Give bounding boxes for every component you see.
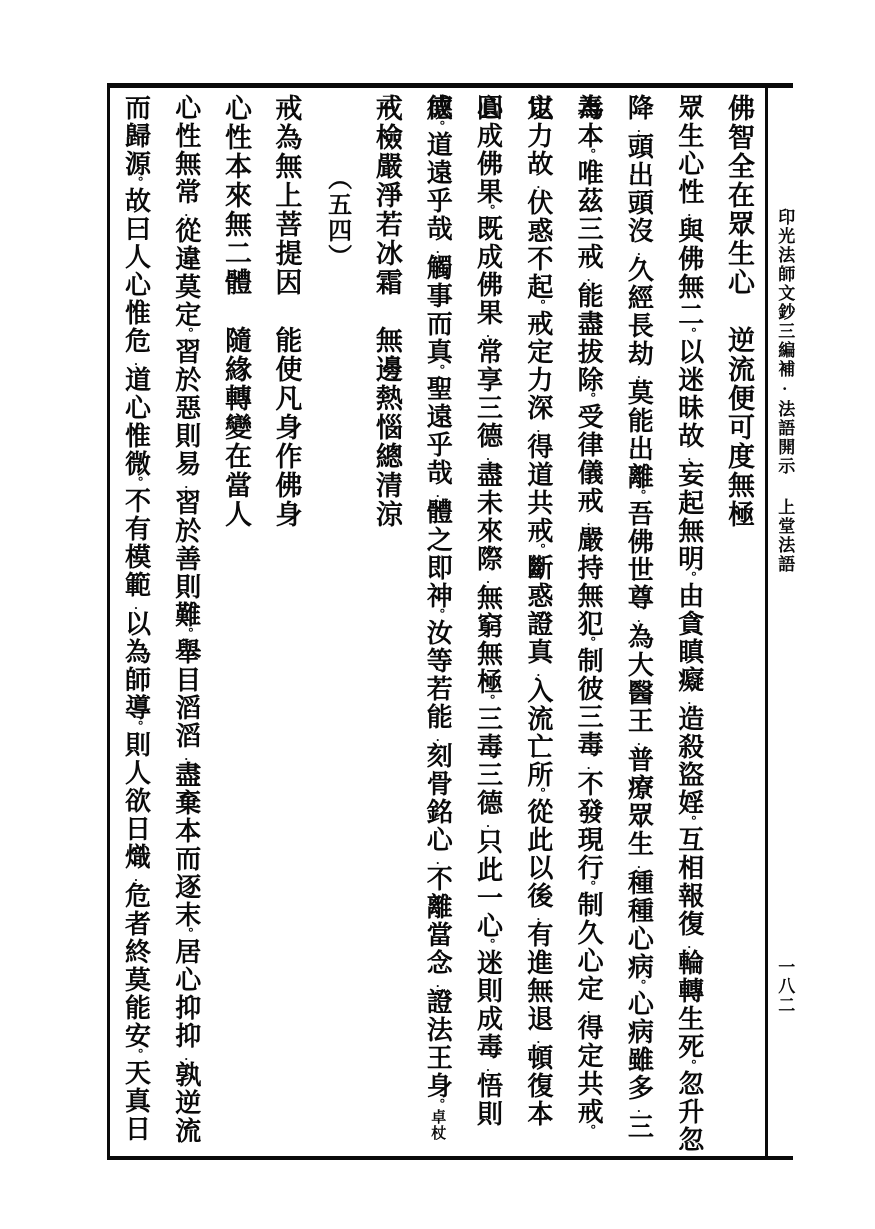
punctuation-mark: 。 xyxy=(531,787,546,800)
punctuation-mark: . xyxy=(531,664,546,679)
text-column-9: （五四） xyxy=(311,94,361,1226)
text-column-10: 戒為無上菩提因 能使凡身作佛身 xyxy=(261,94,311,1154)
scanned-book-page: 佛智全在眾生心 逆流便可度無極眾生心性.與佛無二。以迷昧故.妄起無明。由貪瞋癡.… xyxy=(0,0,875,1229)
punctuation-mark: 。 xyxy=(128,176,143,189)
text-column-12: 心性無常.從違莫定。習於惡則易.習於善則難。舉目滔滔.盡棄本而逐末。居心抑抑.孰… xyxy=(160,94,210,1154)
text-column-3: 降.頭出頭沒.久經長劫.莫能出離。吾佛世尊.為大醫王.普療眾生.種種心病。心病雖… xyxy=(613,94,663,1154)
text-column-8: 戒檢嚴淨若冰霜 無邊熱惱總清涼 xyxy=(362,94,412,1154)
punctuation-mark: 。 xyxy=(128,720,143,733)
punctuation-mark: . xyxy=(430,729,445,744)
text-column-2: 眾生心性.與佛無二。以迷昧故.妄起無明。由貪瞋癡.造殺盜婬。互相報復.輪轉生死。… xyxy=(663,94,713,1154)
section-heading: 上堂法語 xyxy=(771,498,798,574)
punctuation-mark: 。 xyxy=(682,815,697,828)
punctuation-mark: . xyxy=(179,748,194,763)
punctuation-mark: 。 xyxy=(531,543,546,556)
punctuation-mark: 。 xyxy=(179,927,194,940)
punctuation-mark: . xyxy=(531,908,546,923)
punctuation-mark: . xyxy=(430,852,445,867)
punctuation-mark: . xyxy=(631,366,646,381)
frame-margin-divider-rule xyxy=(765,83,768,1160)
punctuation-mark: . xyxy=(531,176,546,191)
punctuation-mark: 。 xyxy=(581,392,596,405)
punctuation-mark: 。 xyxy=(179,627,194,640)
text-column-6: 圓成佛果。既成佛果.常享三德.盡未來際.無窮無極。三毒三德.只此一心。迷則成毒.… xyxy=(462,94,512,1154)
punctuation-mark: . xyxy=(179,204,194,219)
punctuation-mark: . xyxy=(631,243,646,258)
punctuation-mark: 。 xyxy=(581,880,596,893)
punctuation-mark: . xyxy=(581,1001,596,1016)
punctuation-mark: 。 xyxy=(682,327,697,340)
text-column-13: 而歸源。故曰人心惟危.道心惟微。不有模範.以為師導。則人欲日熾.危者終莫能安。天… xyxy=(110,94,160,1154)
punctuation-mark: . xyxy=(179,476,194,491)
punctuation-mark: . xyxy=(531,1031,546,1046)
punctuation-mark: . xyxy=(481,815,496,830)
punctuation-mark: . xyxy=(631,856,646,871)
punctuation-mark: 。 xyxy=(581,148,596,161)
punctuation-mark: 。 xyxy=(631,489,646,502)
punctuation-mark: . xyxy=(682,204,697,219)
punctuation-mark: 。 xyxy=(481,204,496,217)
punctuation-mark: . xyxy=(581,269,596,284)
punctuation-mark: . xyxy=(631,1100,646,1115)
punctuation-mark: . xyxy=(128,353,143,368)
text-column-4: 為本。唯茲三戒.能盡拔除。受律儀戒.嚴持無犯。制彼三毒.不發現行。制久心定.得定… xyxy=(563,94,613,1154)
punctuation-mark: 。 xyxy=(581,1124,596,1137)
punctuation-mark: . xyxy=(631,120,646,135)
punctuation-mark: . xyxy=(481,571,496,586)
punctuation-mark: 。 xyxy=(682,571,697,584)
punctuation-mark: 。 xyxy=(481,694,496,707)
text-column-1: 佛智全在眾生心 逆流便可度無極 xyxy=(714,94,764,1154)
punctuation-mark: 。 xyxy=(430,364,445,377)
punctuation-mark: . xyxy=(682,692,697,707)
punctuation-mark: . xyxy=(631,733,646,748)
punctuation-mark: . xyxy=(430,975,445,990)
punctuation-mark: 。 xyxy=(481,938,496,951)
punctuation-mark: . xyxy=(179,1048,194,1063)
running-title: 印光法師文鈔三編補·法語開示 xyxy=(771,208,798,476)
page-number: 一八二 xyxy=(771,958,798,1015)
punctuation-mark: 。 xyxy=(581,636,596,649)
punctuation-mark: . xyxy=(128,597,143,612)
text-column-11: 心性本來無二體 隨緣轉變在當人 xyxy=(211,94,261,1154)
punctuation-mark: . xyxy=(682,936,697,951)
text-column-7: 德。道遠乎哉.觸事而真。聖遠乎哉.體之即神。汝等若能.刻骨銘心.不離當念.證法王… xyxy=(412,94,462,1154)
punctuation-mark: 。 xyxy=(179,327,194,340)
punctuation-mark: . xyxy=(430,485,445,500)
punctuation-mark: . xyxy=(430,241,445,256)
punctuation-mark: 。 xyxy=(128,476,143,489)
punctuation-mark: 。 xyxy=(128,1048,143,1061)
text-columns: 佛智全在眾生心 逆流便可度無極眾生心性.與佛無二。以迷昧故.妄起無明。由貪瞋癡.… xyxy=(110,94,764,1154)
punctuation-mark: 。 xyxy=(631,979,646,992)
punctuation-mark: 。 xyxy=(430,608,445,621)
punctuation-mark: . xyxy=(682,448,697,463)
punctuation-mark: . xyxy=(531,420,546,435)
punctuation-mark: . xyxy=(481,448,496,463)
punctuation-mark: . xyxy=(481,1059,496,1074)
punctuation-mark: 。 xyxy=(682,1059,697,1072)
frame-bottom-rule xyxy=(107,1156,793,1160)
punctuation-mark: . xyxy=(481,325,496,340)
punctuation-mark: . xyxy=(631,610,646,625)
frame-top-rule xyxy=(107,83,793,88)
punctuation-mark: . xyxy=(128,869,143,884)
punctuation-mark: 。 xyxy=(430,120,445,133)
punctuation-mark: . xyxy=(581,513,596,528)
punctuation-mark: 。 xyxy=(531,299,546,312)
punctuation-mark: . xyxy=(581,757,596,772)
text-column-5: 定力故.伏惑不起。戒定力深.得道共戒。斷惑證真.入流亡所。從此以後.有進無退.頓… xyxy=(513,94,563,1154)
